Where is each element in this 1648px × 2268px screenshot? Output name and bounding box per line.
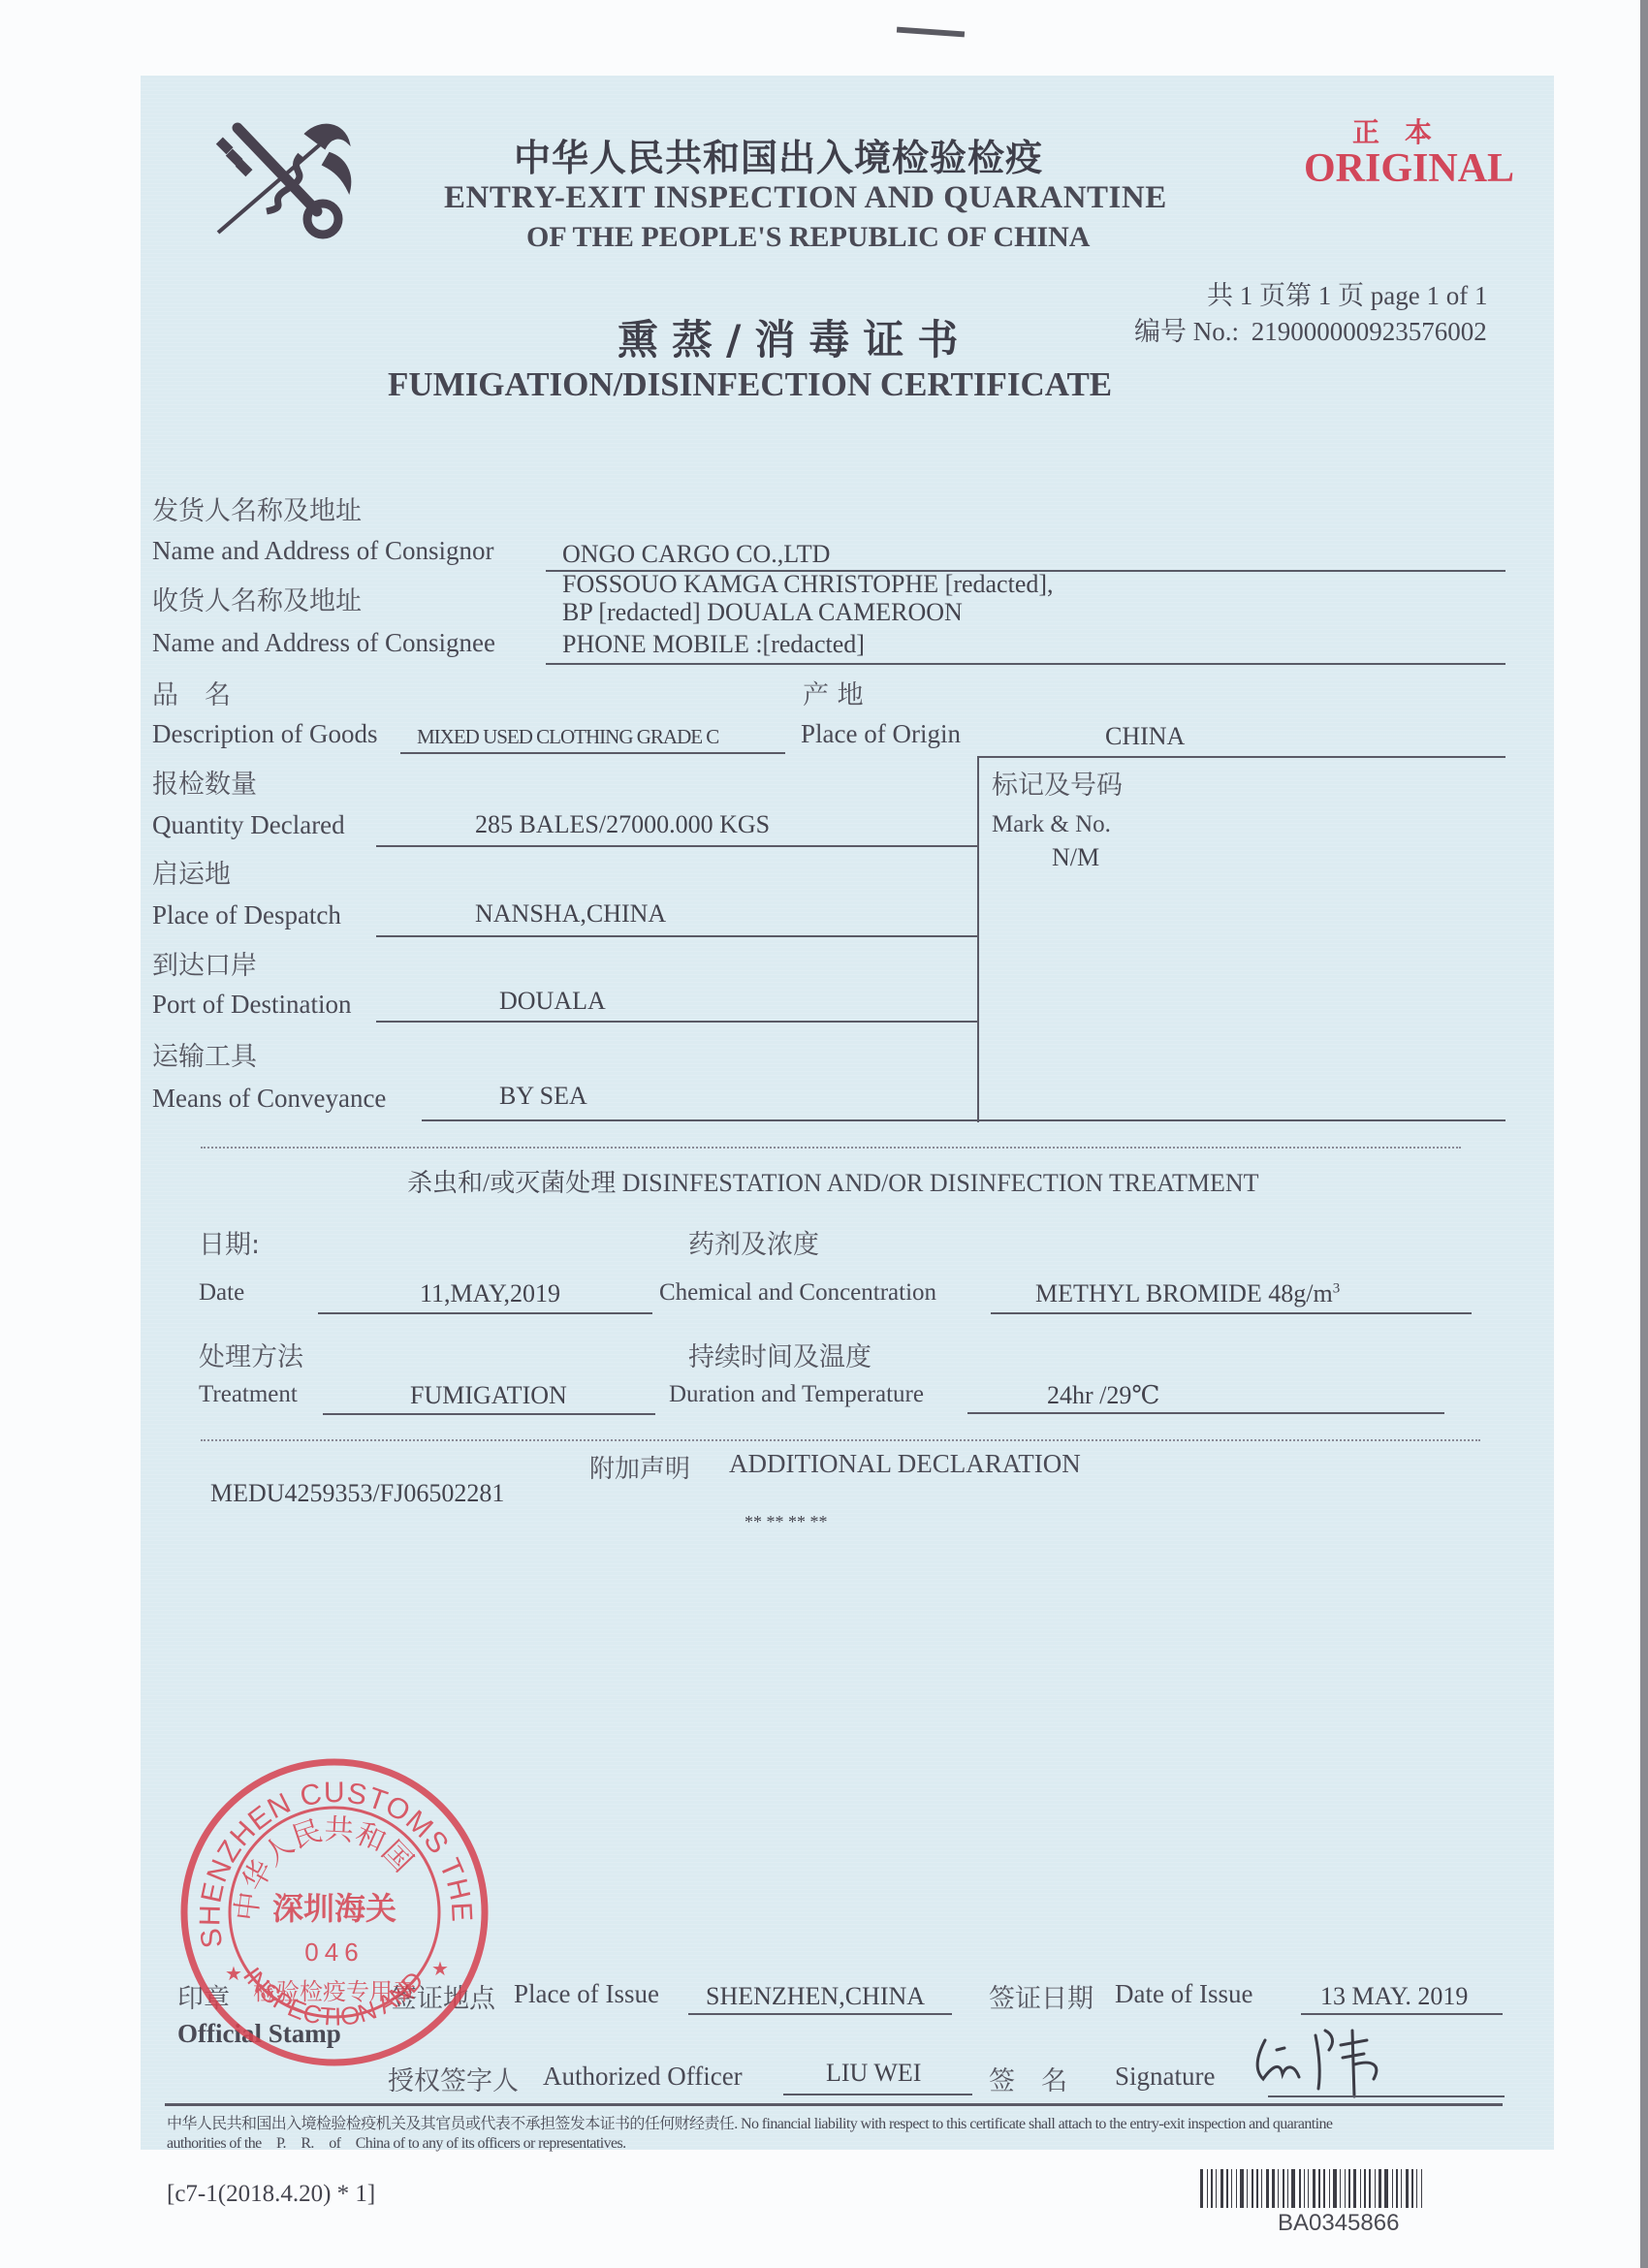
stamp-star-right: ★ [431,1959,449,1980]
additional-title-en: ADDITIONAL DECLARATION [729,1449,1081,1479]
date-of-issue-label-cn: 签证日期 [989,1977,1093,2015]
certificate-title-en: FUMIGATION/DISINFECTION CERTIFICATE [388,365,1112,404]
quantity-label-cn: 报检数量 [152,763,257,801]
destination-label-cn: 到达口岸 [152,944,257,982]
form-code: [c7-1(2018.4.20) * 1] [167,2181,375,2208]
date-of-issue-value: 13 MAY. 2019 [1320,1982,1468,2011]
consignor-label-en: Name and Address of Consignor [152,536,493,566]
place-of-issue-value: SHENZHEN,CHINA [706,1982,925,2011]
authorized-officer-value: LIU WEI [826,2059,921,2088]
certificate-title-cn: 熏蒸/消毒证书 [618,308,971,366]
goods-label-en: Description of Goods [152,719,377,749]
barcode [1200,2169,1499,2208]
quantity-label-en: Quantity Declared [152,810,345,840]
treatment-divider [201,1147,1461,1149]
place-of-issue-underline [688,2013,952,2015]
chemical-label-en: Chemical and Concentration [659,1279,936,1307]
official-stamp: SHENZHEN CUSTOMS THE PEOPLE'S REPUBLIC O… [174,1752,494,2072]
certificate-number-value: 219000000923576002 [1252,317,1487,346]
authority-name-en-line1: ENTRY-EXIT INSPECTION AND QUARANTINE [444,180,1167,216]
marks-label-cn: 标记及号码 [992,764,1123,802]
destination-label-en: Port of Destination [152,990,351,1020]
destination-underline [376,1021,977,1023]
consignor-value: ONGO CARGO CO.,LTD [562,540,830,569]
additional-divider [201,1439,1480,1441]
consignee-line2: BP [redacted] DOUALA CAMEROON [562,598,963,627]
consignee-label-cn: 收货人名称及地址 [152,580,362,617]
chemical-value: METHYL BROMIDE 48g/m3 [1035,1279,1340,1308]
duration-value: 24hr /29℃ [1047,1381,1159,1410]
stamp-inner-cn-mid: 深圳海关 [272,1890,396,1927]
origin-label-en: Place of Origin [801,719,961,749]
disclaimer-line2: authorities of the P. R. of China of to … [167,2130,626,2153]
conveyance-underline [422,1119,1505,1121]
certificate-number-label: 编号 No.: [1134,317,1239,346]
quantity-value: 285 BALES/27000.000 KGS [475,810,770,839]
despatch-label-cn: 启运地 [152,853,231,891]
origin-label-cn: 产 地 [803,674,864,711]
chemical-unit-exponent: 3 [1333,1280,1341,1296]
consignee-line3: PHONE MOBILE :[redacted] [562,630,865,659]
scan-edge [1640,0,1648,2268]
chemical-value-text: METHYL BROMIDE 48g/m [1035,1279,1333,1307]
despatch-label-en: Place of Despatch [152,900,341,930]
stamp-code: 046 [304,1937,364,1967]
duration-label-en: Duration and Temperature [669,1381,924,1408]
date-of-issue-label-en: Date of Issue [1115,1979,1252,2009]
chemical-underline [991,1312,1472,1314]
consignee-underline [546,663,1505,665]
treatment-date-label-cn: 日期: [199,1223,260,1261]
signature-label-en: Signature [1115,2062,1215,2092]
declaration-asterisks: ** ** ** ** [745,1512,828,1532]
treatment-date-underline [318,1312,652,1314]
treatment-method-value: FUMIGATION [410,1381,567,1410]
goods-label-cn: 品 名 [152,674,231,711]
barcode-text: BA0345866 [1278,2210,1399,2237]
marks-box-divider [977,756,979,1122]
additional-title-cn: 附加声明 [589,1449,690,1485]
consignor-label-cn: 发货人名称及地址 [152,489,362,527]
treatment-date-value: 11,MAY,2019 [420,1279,560,1308]
authority-name-en-line2: OF THE PEOPLE'S REPUBLIC OF CHINA [526,221,1090,254]
goods-value: MIXED USED CLOTHING GRADE C [417,725,718,749]
certificate-number: 编号 No.: 219000000923576002 [1134,310,1487,348]
marks-label-en: Mark & No. [992,811,1111,838]
stamp-inner-cn-bottom: 检验检疫专用章 [253,1978,416,2005]
treatment-section-title: 杀虫和/或灭菌处理 DISINFESTATION AND/OR DISINFEC… [407,1163,1259,1199]
authority-name-cn: 中华人民共和国出入境检验检疫 [514,128,1043,181]
place-of-issue-label-en: Place of Issue [514,1979,659,2009]
stamp-star-left: ★ [225,1964,242,1985]
container-reference: MEDU4259353/FJ06502281 [210,1479,504,1508]
despatch-value: NANSHA,CHINA [475,899,666,929]
conveyance-label-cn: 运输工具 [152,1035,257,1073]
marks-value: N/M [1052,843,1099,872]
treatment-method-underline [323,1413,655,1415]
conveyance-label-en: Means of Conveyance [152,1084,386,1114]
original-mark-en: ORIGINAL [1304,145,1514,192]
duration-label-cn: 持续时间及温度 [688,1336,872,1373]
despatch-underline [376,935,977,937]
page-info: 共 1 页第 1 页 page 1 of 1 [1207,274,1487,312]
origin-underline [979,756,1505,758]
signature-label-cn: 签 名 [989,2060,1067,2097]
treatment-method-label-cn: 处理方法 [199,1336,303,1373]
handwritten-signature [1246,2021,1420,2098]
key-caduceus-emblem-icon [208,114,354,240]
date-of-issue-underline [1301,2013,1503,2015]
duration-underline [967,1412,1444,1414]
destination-value: DOUALA [499,987,606,1016]
treatment-method-label-en: Treatment [199,1381,298,1408]
authorized-officer-underline [783,2094,972,2095]
treatment-date-label-en: Date [199,1279,244,1307]
chemical-label-cn: 药剂及浓度 [688,1223,819,1261]
conveyance-value: BY SEA [499,1082,587,1111]
goods-underline [400,752,785,754]
consignee-line1: FOSSOUO KAMGA CHRISTOPHE [redacted], [562,570,1054,599]
authorized-officer-label-en: Authorized Officer [543,2062,743,2092]
scan-mark [897,27,965,38]
origin-value: CHINA [1105,722,1185,751]
signature-underline [1268,2095,1505,2097]
quantity-underline [376,845,977,847]
consignee-label-en: Name and Address of Consignee [152,628,495,658]
original-mark-cn: 正本 [1352,111,1457,150]
footer-rule [165,2103,1503,2106]
